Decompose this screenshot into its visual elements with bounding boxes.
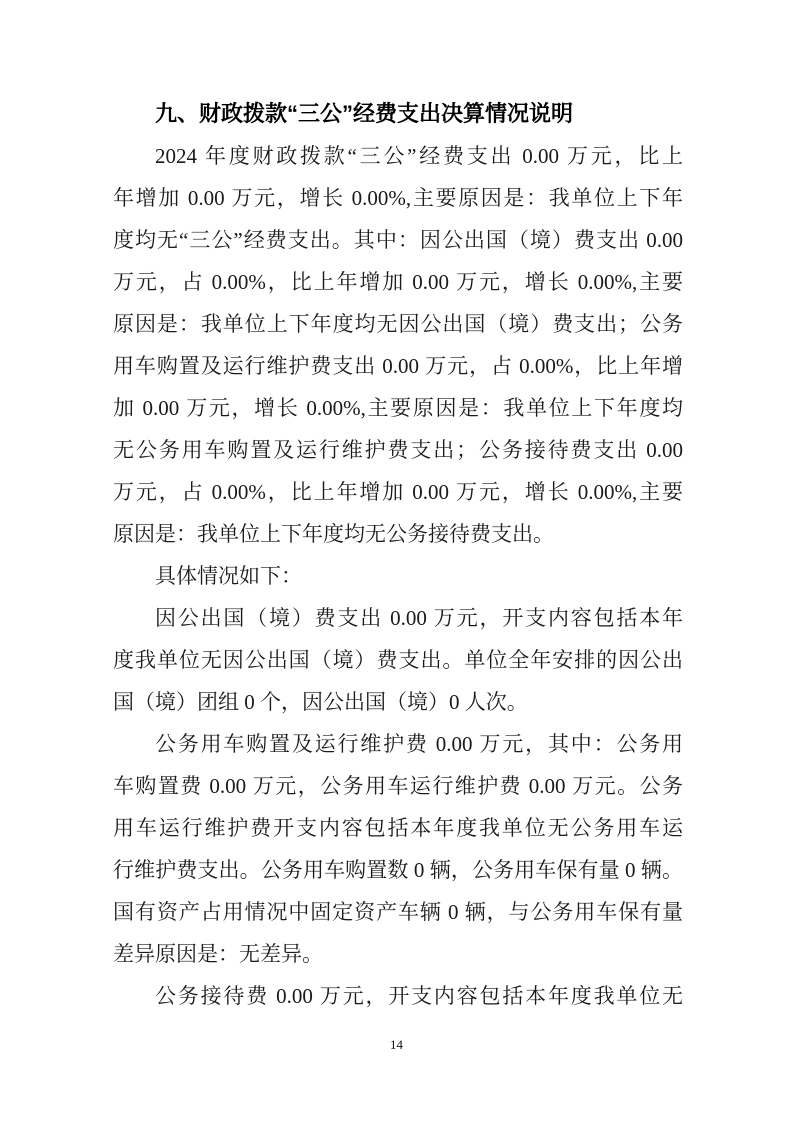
text-line: 度我单位无因公出国（境）费支出。单位全年安排的因公出	[113, 639, 683, 681]
text-line: 差异原因是：无差异。	[113, 933, 683, 975]
text-line: 国（境）团组 0 个，因公出国（境）0 人次。	[113, 681, 683, 723]
paragraph: 因公出国（境）费支出 0.00 万元，开支内容包括本年度我单位无因公出国（境）费…	[113, 597, 683, 723]
text-line: 万元，占 0.00%，比上年增加 0.00 万元，增长 0.00%,主要	[113, 261, 683, 303]
paragraph: 2024 年度财政拨款“三公”经费支出 0.00 万元，比上年增加 0.00 万…	[113, 135, 683, 555]
text-line: 度均无“三公”经费支出。其中：因公出国（境）费支出 0.00	[113, 219, 683, 261]
text-line: 公务用车购置及运行维护费 0.00 万元，其中：公务用	[113, 723, 683, 765]
text-line: 无公务用车购置及运行维护费支出；公务接待费支出 0.00	[113, 429, 683, 471]
document-body: 2024 年度财政拨款“三公”经费支出 0.00 万元，比上年增加 0.00 万…	[113, 135, 683, 1017]
text-line: 车购置费 0.00 万元，公务用车运行维护费 0.00 万元。公务	[113, 765, 683, 807]
text-line: 具体情况如下：	[113, 555, 683, 597]
paragraph: 公务用车购置及运行维护费 0.00 万元，其中：公务用车购置费 0.00 万元，…	[113, 723, 683, 975]
text-line: 因公出国（境）费支出 0.00 万元，开支内容包括本年	[113, 597, 683, 639]
text-line: 原因是：我单位上下年度均无因公出国（境）费支出；公务	[113, 303, 683, 345]
text-line: 公务接待费 0.00 万元，开支内容包括本年度我单位无	[113, 975, 683, 1017]
paragraph: 公务接待费 0.00 万元，开支内容包括本年度我单位无	[113, 975, 683, 1017]
text-line: 2024 年度财政拨款“三公”经费支出 0.00 万元，比上	[113, 135, 683, 177]
document-page: 九、财政拨款“三公”经费支出决算情况说明 2024 年度财政拨款“三公”经费支出…	[0, 0, 793, 1122]
text-line: 原因是：我单位上下年度均无公务接待费支出。	[113, 513, 683, 555]
text-line: 用车购置及运行维护费支出 0.00 万元，占 0.00%，比上年增	[113, 345, 683, 387]
page-number: 14	[0, 1036, 793, 1054]
text-line: 行维护费支出。公务用车购置数 0 辆，公务用车保有量 0 辆。	[113, 849, 683, 891]
text-line: 年增加 0.00 万元，增长 0.00%,主要原因是：我单位上下年	[113, 177, 683, 219]
paragraph: 具体情况如下：	[113, 555, 683, 597]
text-line: 用车运行维护费开支内容包括本年度我单位无公务用车运	[113, 807, 683, 849]
text-line: 国有资产占用情况中固定资产车辆 0 辆，与公务用车保有量	[113, 891, 683, 933]
section-heading: 九、财政拨款“三公”经费支出决算情况说明	[113, 93, 683, 135]
text-line: 加 0.00 万元，增长 0.00%,主要原因是：我单位上下年度均	[113, 387, 683, 429]
text-line: 万元，占 0.00%，比上年增加 0.00 万元，增长 0.00%,主要	[113, 471, 683, 513]
